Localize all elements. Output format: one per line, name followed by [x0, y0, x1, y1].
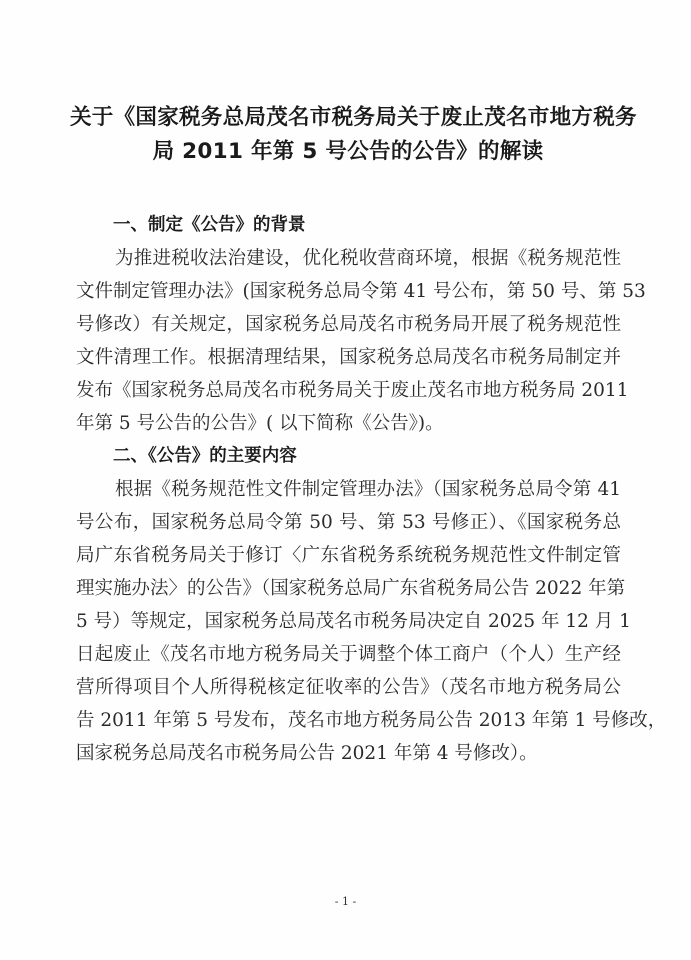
paragraph-line: 日起废止《茂名市地方税务局关于调整个体工商户（个人）生产经 [76, 638, 621, 671]
paragraph-line: 告 2011 年第 5 号发布，茂名市地方税务局公告 2013 年第 1 号修改… [76, 704, 621, 737]
page-number: - 1 - [0, 895, 691, 908]
paragraph-line: 发布《国家税务总局茂名市税务局关于废止茂名市地方税务局 2011 [76, 374, 621, 407]
paragraph-line: 国家税务总局茂名市税务局公告 2021 年第 4 号修改）。 [76, 737, 621, 770]
paragraph-line: 局广东省税务局关于修订〈广东省税务系统税务规范性文件制定管 [76, 539, 621, 572]
paragraph-line: 根据《税务规范性文件制定管理办法》（国家税务总局令第 41 [76, 473, 621, 506]
paragraph-line: 为推进税收法治建设，优化税收营商环境，根据《税务规范性 [76, 242, 621, 275]
section-2-paragraph: 根据《税务规范性文件制定管理办法》（国家税务总局令第 41 号公布，国家税务总局… [76, 473, 621, 770]
paragraph-line: 号公布，国家税务总局令第 50 号、第 53 号修正）、《国家税务总 [76, 506, 621, 539]
paragraph-line: 年第 5 号公告的公告》( 以下简称《公告》)。 [76, 407, 621, 440]
document-page: 关于《国家税务总局茂名市税务局关于废止茂名市地方税务 局 2011 年第 5 号… [0, 0, 691, 960]
paragraph-line: 营所得项目个人所得税核定征收率的公告》（茂名市地方税务局公 [76, 671, 621, 704]
paragraph-line: 文件制定管理办法》(国家税务总局令第 41 号公布，第 50 号、第 53 [76, 275, 621, 308]
section-1-heading: 一、制定《公告》的背景 [113, 209, 306, 242]
paragraph-line: 5 号）等规定，国家税务总局茂名市税务局决定自 2025 年 12 月 1 [76, 605, 621, 638]
section-2-heading: 二、《公告》的主要内容 [113, 440, 297, 473]
title-line-1: 关于《国家税务总局茂名市税务局关于废止茂名市地方税务 [70, 101, 626, 135]
title-line-2: 局 2011 年第 5 号公告的公告》的解读 [70, 135, 626, 169]
paragraph-line: 理实施办法〉的公告》（国家税务总局广东省税务局公告 2022 年第 [76, 572, 621, 605]
document-title: 关于《国家税务总局茂名市税务局关于废止茂名市地方税务 局 2011 年第 5 号… [70, 101, 626, 169]
section-1-paragraph: 为推进税收法治建设，优化税收营商环境，根据《税务规范性 文件制定管理办法》(国家… [76, 242, 621, 440]
paragraph-line: 文件清理工作。根据清理结果，国家税务总局茂名市税务局制定并 [76, 341, 621, 374]
paragraph-line: 号修改）有关规定，国家税务总局茂名市税务局开展了税务规范性 [76, 308, 621, 341]
